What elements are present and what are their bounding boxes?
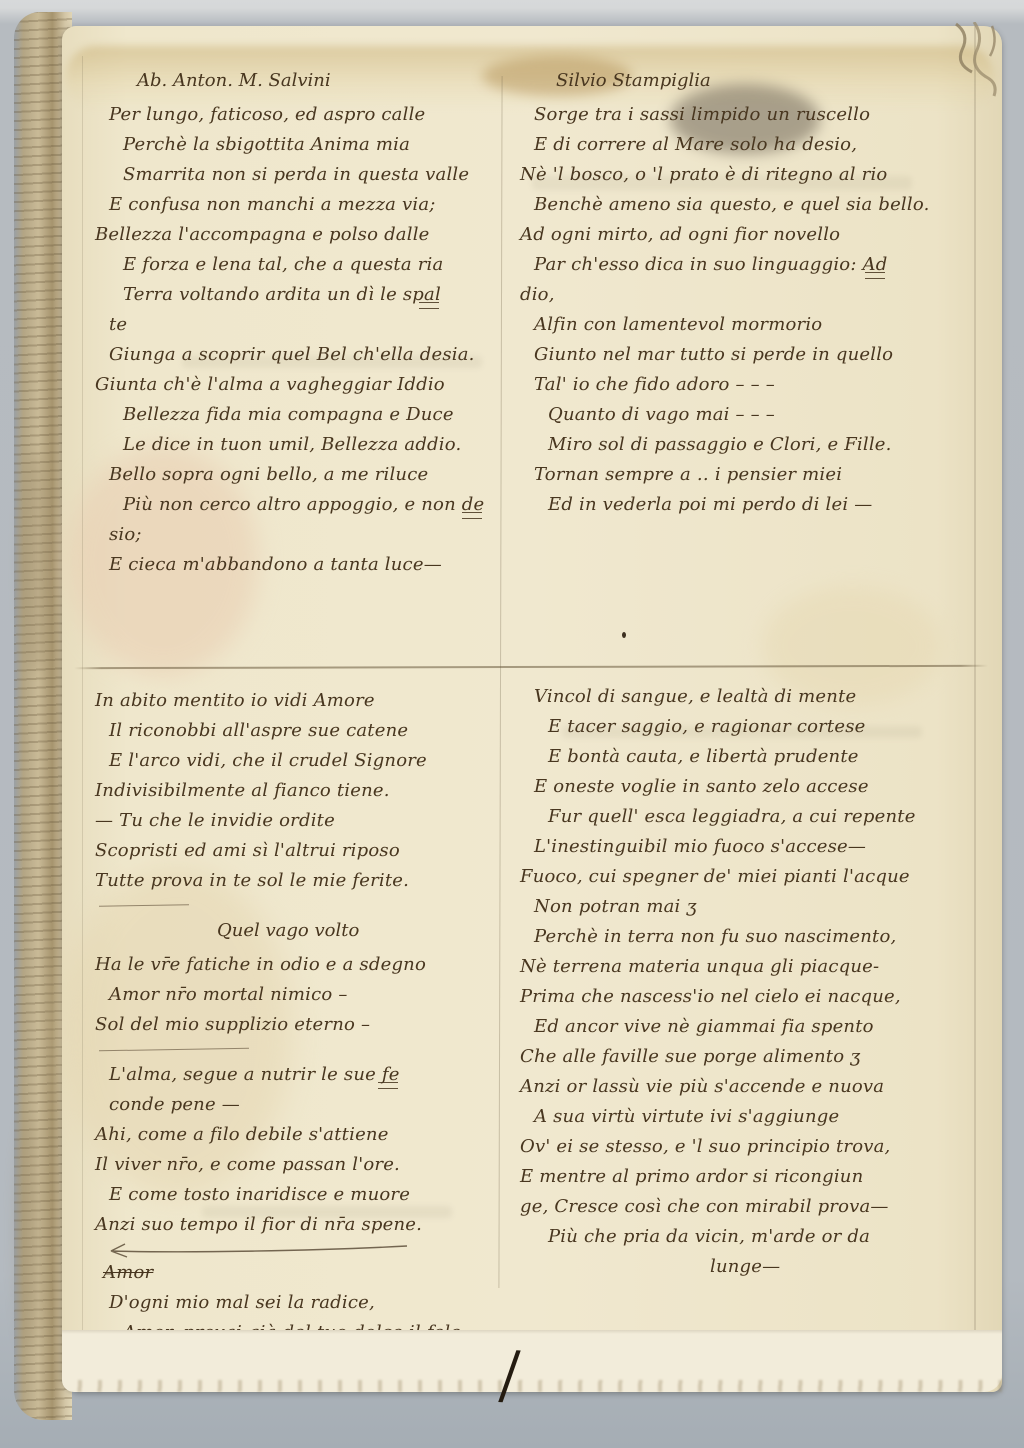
poem-line: E tacer saggio, e ragionar cortese bbox=[548, 712, 998, 742]
poem-line: Indivisibilmente al fianco tiene. bbox=[95, 776, 503, 806]
poem-line: E confusa non manchi a mezza via; bbox=[109, 190, 503, 220]
poem-line: Nè terrena materia unqua gli piacque- bbox=[520, 952, 998, 982]
poem-line: Tornan sempre a ‥ i pensier miei bbox=[534, 460, 998, 490]
poem-line: E l'arco vidi, che il crudel Signore bbox=[109, 746, 503, 776]
poem-line: Bellezza fida mia compagna e Duce bbox=[123, 400, 503, 430]
poem-line: Scopristi ed ami sì l'altrui riposo bbox=[95, 836, 503, 866]
poem-line: Bellezza l'accompagna e polso dalle bbox=[95, 220, 503, 250]
poem-line: E di correre al Mare solo ha desio, bbox=[534, 130, 998, 160]
poem-line: dio, bbox=[520, 280, 998, 310]
ink-dot bbox=[622, 632, 626, 638]
poem-line: Ahi, come a filo debile s'attiene bbox=[95, 1120, 503, 1150]
short-rule bbox=[99, 1048, 249, 1052]
poem-line: E bontà cauta, e libertà prudente bbox=[548, 742, 998, 772]
poem-lines: L'alma, segue a nutrir le sue feconde pe… bbox=[95, 1060, 503, 1240]
poem-line: Ha le vr̄e fatiche in odio e a sdegno bbox=[95, 950, 503, 980]
poem-line: A sua virtù virtute ivi s'aggiunge bbox=[534, 1102, 998, 1132]
section-divider-line bbox=[74, 665, 988, 669]
poem-title: Quel vago volto bbox=[217, 916, 503, 946]
poem-line: Il viver nr̄o, e come passan l'ore. bbox=[95, 1150, 503, 1180]
poem-line: Anzi suo tempo il fior di nr̄a spene. bbox=[95, 1210, 503, 1240]
poem-line: ge, Cresce così che con mirabil prova— bbox=[520, 1192, 998, 1222]
poem-line: Giunta ch'è l'alma a vagheggiar Iddio bbox=[95, 370, 503, 400]
poem-line: Anzi or lassù vie più s'accende e nuova bbox=[520, 1072, 998, 1102]
poem-line: E come tosto inaridisce e muore bbox=[109, 1180, 503, 1210]
poem-line: Sorge tra i sassi limpido un ruscello bbox=[534, 100, 998, 130]
poem-line: Fur quell' esca leggiadra, a cui repente bbox=[548, 802, 998, 832]
footer-pen-stroke: / bbox=[498, 1343, 521, 1409]
poem-line: D'ogni mio mal sei la radice, bbox=[109, 1288, 503, 1318]
poem-line: Non potran mai ʒ bbox=[534, 892, 998, 922]
poem-bottom-right: Vincol di sangue, e lealtà di menteE tac… bbox=[520, 682, 998, 1282]
poem-line: — Tu che le invidie ordite bbox=[95, 806, 503, 836]
poem-line: Nè 'l bosco, o 'l prato è di ritegno al … bbox=[520, 160, 998, 190]
poem-line: Prima che nascess'io nel cielo ei nacque… bbox=[520, 982, 998, 1012]
poem-top-right-lines: Sorge tra i sassi limpido un ruscelloE d… bbox=[520, 100, 998, 520]
poem-top-left: Ab. Anton. M. Salvini Per lungo, faticos… bbox=[95, 66, 503, 580]
poem-line: Alfin con lamentevol mormorio bbox=[534, 310, 998, 340]
poem-line: Perchè la sbigottita Anima mia bbox=[123, 130, 503, 160]
poem-line: Che alle faville sue porge alimento ʒ bbox=[520, 1042, 998, 1072]
poem-lines: Ha le vr̄e fatiche in odio e a sdegnoAmo… bbox=[95, 950, 503, 1040]
poem-line: Miro sol di passaggio e Clori, e Fille. bbox=[548, 430, 998, 460]
arrow-line bbox=[95, 1242, 415, 1258]
poem-line: E cieca m'abbandono a tanta luce— bbox=[109, 550, 503, 580]
poems-bottom-left: In abito mentito io vidi AmoreIl riconob… bbox=[95, 686, 503, 1348]
poem-line: Benchè ameno sia questo, e quel sia bell… bbox=[534, 190, 998, 220]
poem-line: Le dice in tuon umil, Bellezza addio. bbox=[123, 430, 503, 460]
poem-line: Quanto di vago mai – – – bbox=[548, 400, 998, 430]
poem-line: E oneste voglie in santo zelo accese bbox=[534, 772, 998, 802]
poem-line: conde pene — bbox=[109, 1090, 503, 1120]
poem-line: E forza e lena tal, che a questa ria bbox=[123, 250, 503, 280]
poem-line: Il riconobbi all'aspre sue catene bbox=[109, 716, 503, 746]
poem-line: te bbox=[109, 310, 503, 340]
poem-top-left-lines: Per lungo, faticoso, ed aspro callePerch… bbox=[95, 100, 503, 580]
poem-line: Perchè in terra non fu suo nascimento, bbox=[534, 922, 998, 952]
poem-line: Per lungo, faticoso, ed aspro calle bbox=[109, 100, 503, 130]
poem-line: Smarrita non si perda in questa valle bbox=[123, 160, 503, 190]
author-heading: Ab. Anton. M. Salvini bbox=[137, 66, 503, 96]
bottom-deckle-band bbox=[62, 1330, 1002, 1392]
poem-line: Fuoco, cui spegner de' miei pianti l'acq… bbox=[520, 862, 998, 892]
poem-line: Amor nr̄o mortal nimico – bbox=[109, 980, 503, 1010]
author-heading: Silvio Stampiglia bbox=[556, 66, 998, 96]
poem-line: Giunto nel mar tutto si perde in quello bbox=[534, 340, 998, 370]
poem-line: Tal' io che fido adoro – – – bbox=[534, 370, 998, 400]
poem-line: Ed in vederla poi mi perdo di lei — bbox=[548, 490, 998, 520]
poem-line: Giunga a scoprir quel Bel ch'ella desia. bbox=[109, 340, 503, 370]
poem-line: E mentre al primo ardor si ricongiun bbox=[520, 1162, 998, 1192]
poem-line: Tutte prova in te sol le mie ferite. bbox=[95, 866, 503, 896]
poem-line: Ed ancor vive nè giammai fia spento bbox=[534, 1012, 998, 1042]
poem-top-right: Silvio Stampiglia Sorge tra i sassi limp… bbox=[520, 66, 998, 520]
poem-line: Bello sopra ogni bello, a me riluce bbox=[109, 460, 503, 490]
poem-lines: In abito mentito io vidi AmoreIl riconob… bbox=[95, 686, 503, 896]
poem-line: Ad ogni mirto, ad ogni fior novello bbox=[520, 220, 998, 250]
manuscript-sheet: Ab. Anton. M. Salvini Per lungo, faticos… bbox=[62, 26, 1002, 1392]
poem-line: sio; bbox=[109, 520, 503, 550]
poem-line: Sol del mio supplizio eterno – bbox=[95, 1010, 503, 1040]
poem-line: L'alma, segue a nutrir le sue fe bbox=[109, 1060, 503, 1090]
poem-lines: Vincol di sangue, e lealtà di menteE tac… bbox=[520, 682, 998, 1282]
poem-line: lunge— bbox=[710, 1252, 998, 1282]
short-rule bbox=[99, 904, 189, 907]
poem-line: L'inestinguibil mio fuoco s'accese— bbox=[534, 832, 998, 862]
poem-line: Più non cerco altro appoggio, e non de bbox=[123, 490, 503, 520]
poem-line: Terra voltando ardita un dì le spal bbox=[123, 280, 503, 310]
poem-line: Par ch'esso dica in suo linguaggio: Ad bbox=[534, 250, 998, 280]
left-margin-crease bbox=[82, 56, 83, 1346]
poem-line: In abito mentito io vidi Amore bbox=[95, 686, 503, 716]
poem-line: Più che pria da vicin, m'arde or da bbox=[548, 1222, 998, 1252]
scanned-manuscript-page: Ab. Anton. M. Salvini Per lungo, faticos… bbox=[0, 0, 1024, 1448]
poem-line: Ov' ei se stesso, e 'l suo principio tro… bbox=[520, 1132, 998, 1162]
poem-line: Vincol di sangue, e lealtà di mente bbox=[534, 682, 998, 712]
poem-line: Amor bbox=[103, 1258, 503, 1288]
